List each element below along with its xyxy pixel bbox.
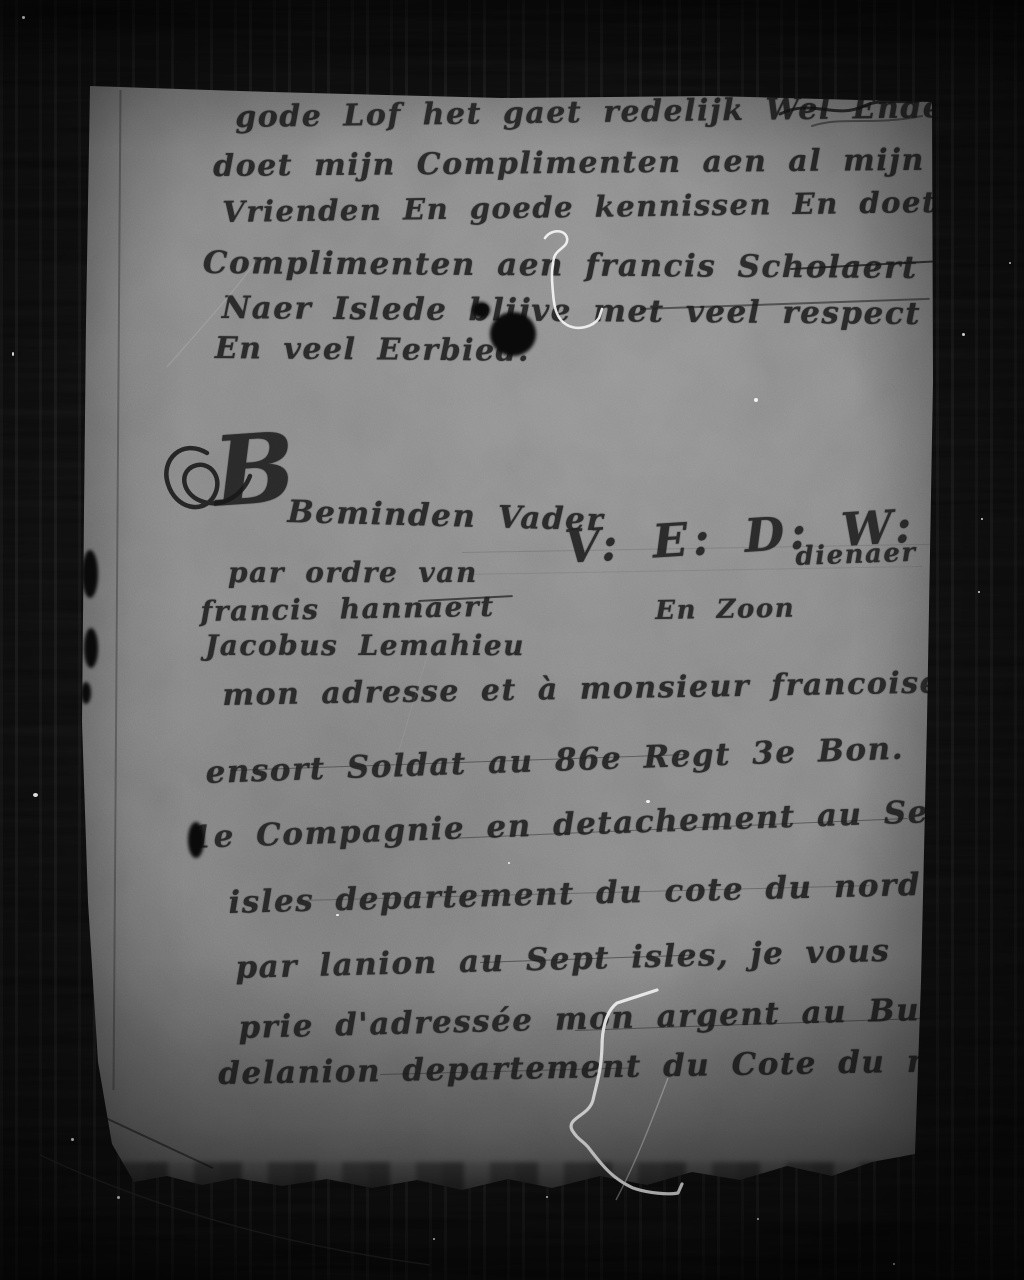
photographed-letter-scan: gode Lof het gaet redelijk Wel Ende doet…: [0, 0, 1024, 1280]
dust-speck: [336, 914, 339, 916]
monogram-en-zoon: En Zoon: [655, 594, 795, 626]
salutation-initial: B: [210, 410, 299, 528]
closing-line-2: doet mijn Complimenten aen al mijn: [213, 143, 925, 184]
ink-blot: [472, 302, 490, 318]
dust-speck: [893, 1263, 895, 1265]
dust-speck: [508, 862, 510, 864]
by-order-line-3: Jacobus Lemahieu: [205, 629, 525, 662]
closing-line-6: En veel Eerbied.: [215, 331, 531, 369]
binding-smudge: [82, 550, 98, 598]
dust-speck: [71, 1138, 74, 1141]
letter-page: gode Lof het gaet redelijk Wel Ende doet…: [72, 82, 940, 1204]
dust-speck: [117, 1196, 120, 1199]
binding-smudge: [81, 682, 91, 704]
dust-speck: [12, 352, 14, 356]
dust-speck: [22, 16, 25, 19]
ink-blot: [490, 312, 536, 356]
dust-speck: [1009, 262, 1011, 264]
by-order-line-1: par ordre van: [228, 556, 478, 589]
dust-speck: [962, 333, 965, 336]
by-order-line-2: francis hannaert: [200, 590, 495, 628]
dust-speck: [646, 800, 650, 803]
dust-speck: [33, 793, 38, 797]
dust-speck: [981, 518, 983, 520]
dust-speck: [757, 1218, 759, 1220]
dust-speck: [433, 1238, 435, 1240]
dust-speck: [546, 1196, 548, 1198]
binding-smudge: [84, 628, 98, 668]
closing-line-5: Naer Islede blijve met veel respect: [222, 290, 921, 332]
ink-blot: [188, 822, 204, 858]
closing-line-4: Complimenten aen francis Scholaert: [203, 245, 918, 286]
dust-speck: [978, 591, 980, 593]
dust-speck: [754, 398, 758, 402]
